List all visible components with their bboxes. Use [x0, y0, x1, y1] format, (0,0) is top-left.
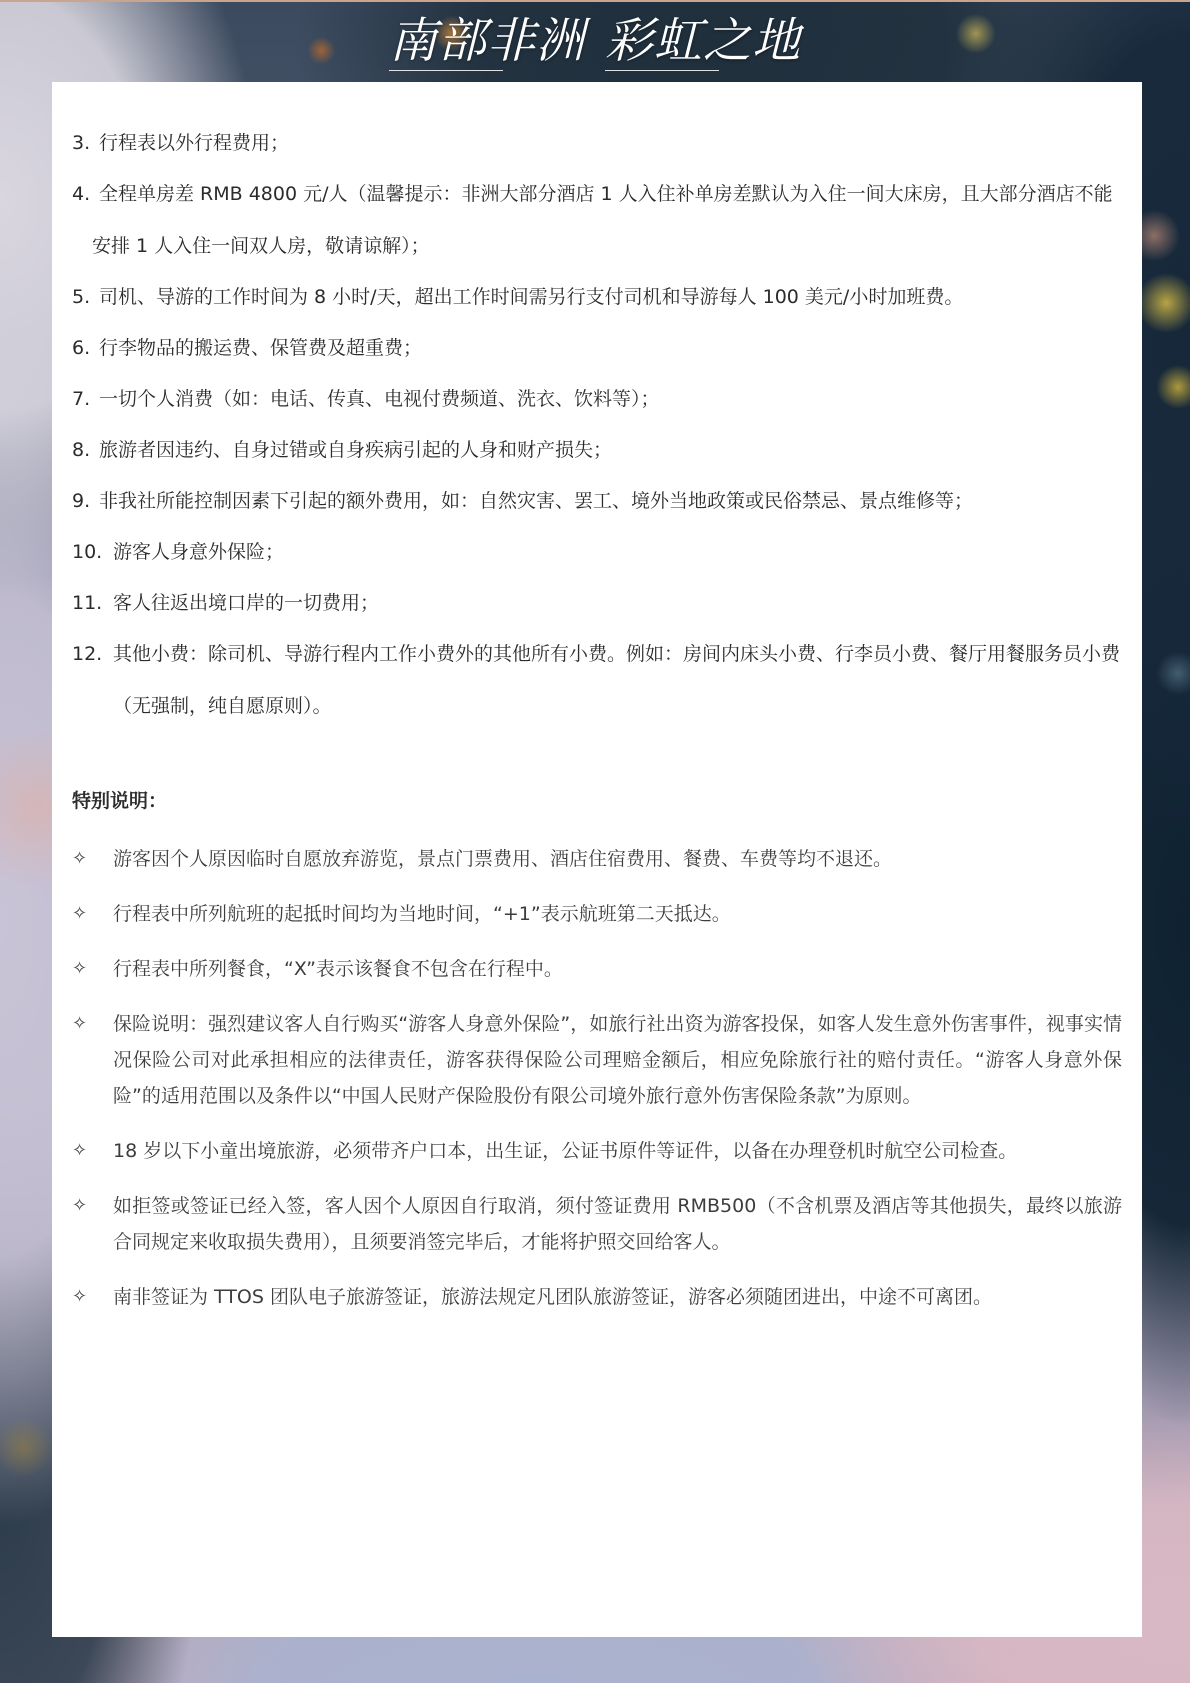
four-point-star-icon: ✧ [72, 1133, 113, 1169]
page-top-edge [0, 0, 1190, 2]
note-text: 保险说明：强烈建议客人自行购买“游客人身意外保险”，如旅行社出资为游客投保，如客… [113, 1006, 1122, 1114]
note-item: ✧ 行程表中所列航班的起抵时间均为当地时间，“+1”表示航班第二天抵达。 [72, 896, 1122, 932]
note-text: 行程表中所列航班的起抵时间均为当地时间，“+1”表示航班第二天抵达。 [113, 896, 1122, 932]
document-body: 3. 行程表以外行程费用； 4. 全程单房差 RMB 4800 元/人（温馨提示… [72, 130, 1122, 1334]
note-text: 如拒签或签证已经入签，客人因个人原因自行取消，须付签证费用 RMB500（不含机… [113, 1188, 1122, 1260]
list-text: 司机、导游的工作时间为 8 小时/天，超出工作时间需另行支付司机和导游每人 10… [99, 284, 1122, 310]
title-rainbow-land: 彩虹之地 [605, 17, 801, 65]
list-text: 旅游者因违约、自身过错或自身疾病引起的人身和财产损失； [99, 437, 1122, 463]
list-text: 一切个人消费（如：电话、传真、电视付费频道、洗衣、饮料等）； [99, 386, 1122, 412]
title-underline [389, 70, 503, 72]
list-number: 5. [72, 284, 99, 310]
list-number: 8. [72, 437, 99, 463]
list-text: 非我社所能控制因素下引起的额外费用，如：自然灾害、罢工、境外当地政策或民俗禁忌、… [99, 488, 1122, 514]
four-point-star-icon: ✧ [72, 841, 113, 877]
note-item: ✧ 保险说明：强烈建议客人自行购买“游客人身意外保险”，如旅行社出资为游客投保，… [72, 1006, 1122, 1114]
note-text: 18 岁以下小童出境旅游，必须带齐户口本，出生证，公证书原件等证件，以备在办理登… [113, 1133, 1122, 1169]
list-item: 12. 其他小费：除司机、导游行程内工作小费外的其他所有小费。例如：房间内床头小… [72, 641, 1122, 719]
note-text: 南非签证为 TTOS 团队电子旅游签证，旅游法规定凡团队旅游签证，游客必须随团进… [113, 1279, 1122, 1315]
list-item: 8. 旅游者因违约、自身过错或自身疾病引起的人身和财产损失； [72, 437, 1122, 463]
four-point-star-icon: ✧ [72, 1279, 113, 1315]
note-item: ✧ 游客因个人原因临时自愿放弃游览，景点门票费用、酒店住宿费用、餐费、车费等均不… [72, 841, 1122, 877]
exclusions-list: 3. 行程表以外行程费用； 4. 全程单房差 RMB 4800 元/人（温馨提示… [72, 130, 1122, 719]
list-text: 全程单房差 RMB 4800 元/人（温馨提示：非洲大部分酒店 1 人入住补单房… [92, 168, 1122, 272]
note-item: ✧ 18 岁以下小童出境旅游，必须带齐户口本，出生证，公证书原件等证件，以备在办… [72, 1133, 1122, 1169]
note-item: ✧ 南非签证为 TTOS 团队电子旅游签证，旅游法规定凡团队旅游签证，游客必须随… [72, 1279, 1122, 1315]
list-number: 6. [72, 335, 99, 361]
four-point-star-icon: ✧ [72, 896, 113, 932]
list-text: 其他小费：除司机、导游行程内工作小费外的其他所有小费。例如：房间内床头小费、行李… [113, 628, 1122, 732]
list-text: 游客人身意外保险； [113, 539, 1122, 565]
list-item: 7. 一切个人消费（如：电话、传真、电视付费频道、洗衣、饮料等）； [72, 386, 1122, 412]
list-item: 6. 行李物品的搬运费、保管费及超重费； [72, 335, 1122, 361]
list-item: 11. 客人往返出境口岸的一切费用； [72, 590, 1122, 616]
list-number: 10. [72, 539, 113, 565]
list-item: 4. 全程单房差 RMB 4800 元/人（温馨提示：非洲大部分酒店 1 人入住… [72, 168, 1122, 272]
four-point-star-icon: ✧ [72, 951, 113, 987]
list-item: 10. 游客人身意外保险； [72, 539, 1122, 565]
title-text-2: 彩虹之地 [605, 13, 801, 69]
special-notes-heading: 特别说明： [72, 786, 1122, 813]
page-title: 南部非洲 彩虹之地 [0, 8, 1190, 74]
list-number: 12. [72, 641, 113, 719]
note-text: 行程表中所列餐食，“X”表示该餐食不包含在行程中。 [113, 951, 1122, 987]
list-text: 客人往返出境口岸的一切费用； [113, 590, 1122, 616]
list-number: 7. [72, 386, 99, 412]
four-point-star-icon: ✧ [72, 1006, 113, 1114]
note-text: 游客因个人原因临时自愿放弃游览，景点门票费用、酒店住宿费用、餐费、车费等均不退还… [113, 841, 1122, 877]
list-item: 3. 行程表以外行程费用； [72, 130, 1122, 156]
list-text: 行程表以外行程费用； [99, 130, 1122, 156]
note-item: ✧ 行程表中所列餐食，“X”表示该餐食不包含在行程中。 [72, 951, 1122, 987]
title-text-1: 南部非洲 [389, 13, 585, 69]
list-item: 5. 司机、导游的工作时间为 8 小时/天，超出工作时间需另行支付司机和导游每人… [72, 284, 1122, 310]
special-notes-list: ✧ 游客因个人原因临时自愿放弃游览，景点门票费用、酒店住宿费用、餐费、车费等均不… [72, 841, 1122, 1315]
list-text: 行李物品的搬运费、保管费及超重费； [99, 335, 1122, 361]
list-number: 3. [72, 130, 99, 156]
title-underline [605, 70, 719, 72]
four-point-star-icon: ✧ [72, 1188, 113, 1260]
content-card: 3. 行程表以外行程费用； 4. 全程单房差 RMB 4800 元/人（温馨提示… [52, 82, 1142, 1637]
list-item: 9. 非我社所能控制因素下引起的额外费用，如：自然灾害、罢工、境外当地政策或民俗… [72, 488, 1122, 514]
list-number: 9. [72, 488, 99, 514]
note-item: ✧ 如拒签或签证已经入签，客人因个人原因自行取消，须付签证费用 RMB500（不… [72, 1188, 1122, 1260]
list-number: 11. [72, 590, 113, 616]
list-number: 4. [72, 168, 92, 272]
title-southern-africa: 南部非洲 [389, 17, 585, 65]
